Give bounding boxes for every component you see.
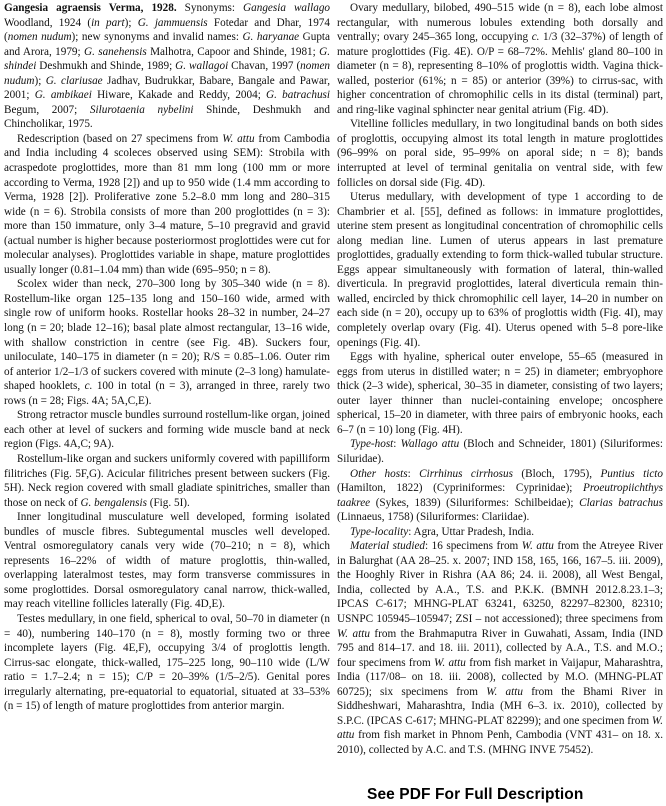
document-page: Gangesia agraensis Verma, 1928. Synonyms…: [0, 0, 666, 806]
redescription-paragraph: Redescription (based on 27 specimens fro…: [4, 132, 330, 277]
italic-run: W. attu: [337, 715, 663, 742]
ovary-paragraph: Ovary medullary, bilobed, 490–515 wide (…: [337, 1, 663, 117]
italic-run: c.: [85, 380, 93, 392]
scolex-paragraph: Scolex wider than neck, 270–300 long by …: [4, 277, 330, 408]
type-host-paragraph: Type-host: Wallago attu (Bloch and Schne…: [337, 437, 663, 466]
retractor-muscle-paragraph: Strong retractor muscle bundles surround…: [4, 408, 330, 452]
right-column: Ovary medullary, bilobed, 490–515 wide (…: [337, 1, 663, 757]
left-column: Gangesia agraensis Verma, 1928. Synonyms…: [4, 1, 330, 714]
type-locality-paragraph: Type-locality: Agra, Uttar Pradesh, Indi…: [337, 525, 663, 540]
italic-run: nomen nudum: [8, 31, 72, 43]
see-pdf-link[interactable]: See PDF For Full Description: [367, 786, 583, 804]
musculature-paragraph: Inner longitudinal musculature well deve…: [4, 510, 330, 612]
material-studied-paragraph: Material studied: 16 specimens from W. a…: [337, 539, 663, 757]
italic-run: in part: [91, 17, 125, 29]
species-title: Gangesia agraensis Verma, 1928.: [4, 2, 177, 14]
testes-paragraph: Testes medullary, in one field, spherica…: [4, 612, 330, 714]
eggs-paragraph: Eggs with hyaline, spherical outer envel…: [337, 350, 663, 437]
italic-run: G. bengalensis: [80, 497, 147, 509]
italic-run: G. jammuensis: [138, 17, 208, 29]
other-hosts-paragraph: Other hosts: Cirrhinus cirrhosus (Bloch,…: [337, 467, 663, 525]
synonyms-text: Gangesia wallago Woodland, 1924 (in part…: [4, 2, 330, 130]
italic-run: Type-host: [350, 438, 393, 450]
italic-run: Other hosts: [350, 468, 408, 480]
species-heading-paragraph: Gangesia agraensis Verma, 1928. Synonyms…: [4, 1, 330, 132]
italic-run: G. batrachusi: [266, 89, 330, 101]
vitelline-paragraph: Vitelline follicles medullary, in two lo…: [337, 117, 663, 190]
italic-run: c.: [532, 31, 540, 43]
italic-run: Wallago attu: [401, 438, 460, 450]
italic-run: G. ambikaei: [35, 89, 92, 101]
italic-run: Clarias batrachus: [579, 497, 663, 509]
italic-run: Puntius ticto: [600, 468, 663, 480]
italic-run: W. attu: [434, 657, 466, 669]
italic-run: G. clariusae: [46, 75, 103, 87]
italic-run: Material studied: [350, 540, 425, 552]
italic-run: G. shindei: [4, 46, 330, 73]
italic-run: Gangesia wallago: [243, 2, 330, 14]
italic-run: G. sanehensis: [84, 46, 147, 58]
italic-run: G. haryanae: [242, 31, 299, 43]
italic-run: W. attu: [486, 686, 523, 698]
uterus-paragraph: Uterus medullary, with development of ty…: [337, 190, 663, 350]
italic-run: W. attu: [337, 628, 370, 640]
italic-run: Cirrhinus cirrhosus: [419, 468, 513, 480]
italic-run: W. attu: [222, 133, 254, 145]
italic-run: G. wallagoi: [175, 60, 228, 72]
italic-run: W. attu: [522, 540, 554, 552]
microtriches-paragraph: Rostellum-like organ and suckers uniform…: [4, 452, 330, 510]
synonyms-label: Synonyms:: [185, 2, 235, 14]
italic-run: Silurotaenia nybelini: [90, 104, 194, 116]
italic-run: Type-locality: [350, 526, 408, 538]
